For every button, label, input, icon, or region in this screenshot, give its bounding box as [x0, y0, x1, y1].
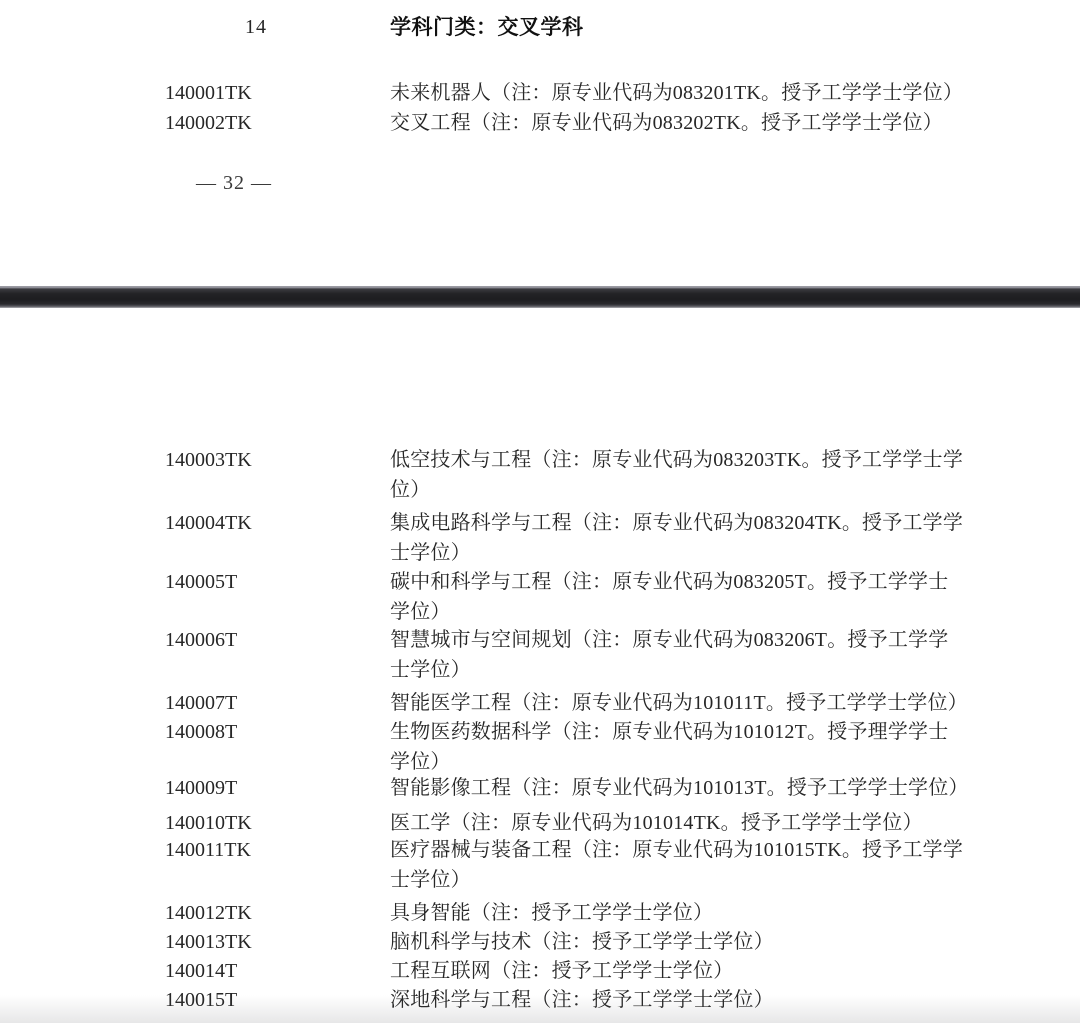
program-desc: 交叉工程（注：原专业代码为083202TK。授予工学学士学位）: [390, 108, 967, 138]
program-row: 140010TK 医工学（注：原专业代码为101014TK。授予工学学士学位）: [165, 808, 967, 838]
program-row: 140008T 生物医药数据科学（注：原专业代码为101012T。授予理学学士学…: [165, 717, 967, 777]
program-row: 140015T 深地科学与工程（注：授予工学学士学位）: [165, 985, 967, 1015]
program-desc: 碳中和科学与工程（注：原专业代码为083205T。授予工学学士学位）: [390, 567, 967, 627]
program-desc: 医疗器械与装备工程（注：原专业代码为101015TK。授予工学学士学位）: [390, 835, 967, 895]
program-row: 140003TK 低空技术与工程（注：原专业代码为083203TK。授予工学学士…: [165, 445, 967, 505]
program-code: 140013TK: [165, 927, 390, 957]
program-code: 140006T: [165, 625, 390, 655]
program-row: 140001TK 未来机器人（注：原专业代码为083201TK。授予工学学士学位…: [165, 78, 967, 108]
program-code: 140004TK: [165, 508, 390, 538]
program-row: 140011TK 医疗器械与装备工程（注：原专业代码为101015TK。授予工学…: [165, 835, 967, 895]
document-view: 14 学科门类：交叉学科 140001TK 未来机器人（注：原专业代码为0832…: [0, 0, 1080, 1023]
program-row: 140009T 智能影像工程（注：原专业代码为101013T。授予工学学士学位）: [165, 773, 967, 803]
program-row: 140006T 智慧城市与空间规划（注：原专业代码为083206T。授予工学学士…: [165, 625, 967, 685]
page-separator-bar: [0, 286, 1080, 308]
program-row: 140002TK 交叉工程（注：原专业代码为083202TK。授予工学学士学位）: [165, 108, 967, 138]
program-code: 140012TK: [165, 898, 390, 928]
program-desc: 医工学（注：原专业代码为101014TK。授予工学学士学位）: [390, 808, 967, 838]
program-row: 140007T 智能医学工程（注：原专业代码为101011T。授予工学学士学位）: [165, 688, 967, 718]
program-desc: 集成电路科学与工程（注：原专业代码为083204TK。授予工学学士学位）: [390, 508, 967, 568]
program-row: 140012TK 具身智能（注：授予工学学士学位）: [165, 898, 967, 928]
program-desc: 深地科学与工程（注：授予工学学士学位）: [390, 985, 967, 1015]
program-desc: 工程互联网（注：授予工学学士学位）: [390, 956, 967, 986]
program-code: 140005T: [165, 567, 390, 597]
category-title: 学科门类：交叉学科: [390, 12, 584, 42]
program-code: 140009T: [165, 773, 390, 803]
program-code: 140007T: [165, 688, 390, 718]
program-row: 140013TK 脑机科学与技术（注：授予工学学士学位）: [165, 927, 967, 957]
program-row: 140004TK 集成电路科学与工程（注：原专业代码为083204TK。授予工学…: [165, 508, 967, 568]
program-desc: 智能影像工程（注：原专业代码为101013T。授予工学学士学位）: [390, 773, 967, 803]
program-desc: 生物医药数据科学（注：原专业代码为101012T。授予理学学士学位）: [390, 717, 967, 777]
program-code: 140015T: [165, 985, 390, 1015]
category-header: 14 学科门类：交叉学科: [245, 12, 584, 42]
program-desc: 智慧城市与空间规划（注：原专业代码为083206T。授予工学学士学位）: [390, 625, 967, 685]
program-code: 140002TK: [165, 108, 390, 138]
program-code: 140008T: [165, 717, 390, 747]
program-desc: 脑机科学与技术（注：授予工学学士学位）: [390, 927, 967, 957]
category-code: 14: [245, 12, 390, 42]
program-row: 140005T 碳中和科学与工程（注：原专业代码为083205T。授予工学学士学…: [165, 567, 967, 627]
program-code: 140011TK: [165, 835, 390, 865]
program-code: 140014T: [165, 956, 390, 986]
page-number: — 32 —: [196, 168, 272, 198]
program-code: 140010TK: [165, 808, 390, 838]
program-code: 140001TK: [165, 78, 390, 108]
program-code: 140003TK: [165, 445, 390, 475]
program-desc: 低空技术与工程（注：原专业代码为083203TK。授予工学学士学位）: [390, 445, 967, 505]
program-desc: 智能医学工程（注：原专业代码为101011T。授予工学学士学位）: [390, 688, 967, 718]
program-desc: 未来机器人（注：原专业代码为083201TK。授予工学学士学位）: [390, 78, 967, 108]
program-row: 140014T 工程互联网（注：授予工学学士学位）: [165, 956, 967, 986]
program-desc: 具身智能（注：授予工学学士学位）: [390, 898, 967, 928]
